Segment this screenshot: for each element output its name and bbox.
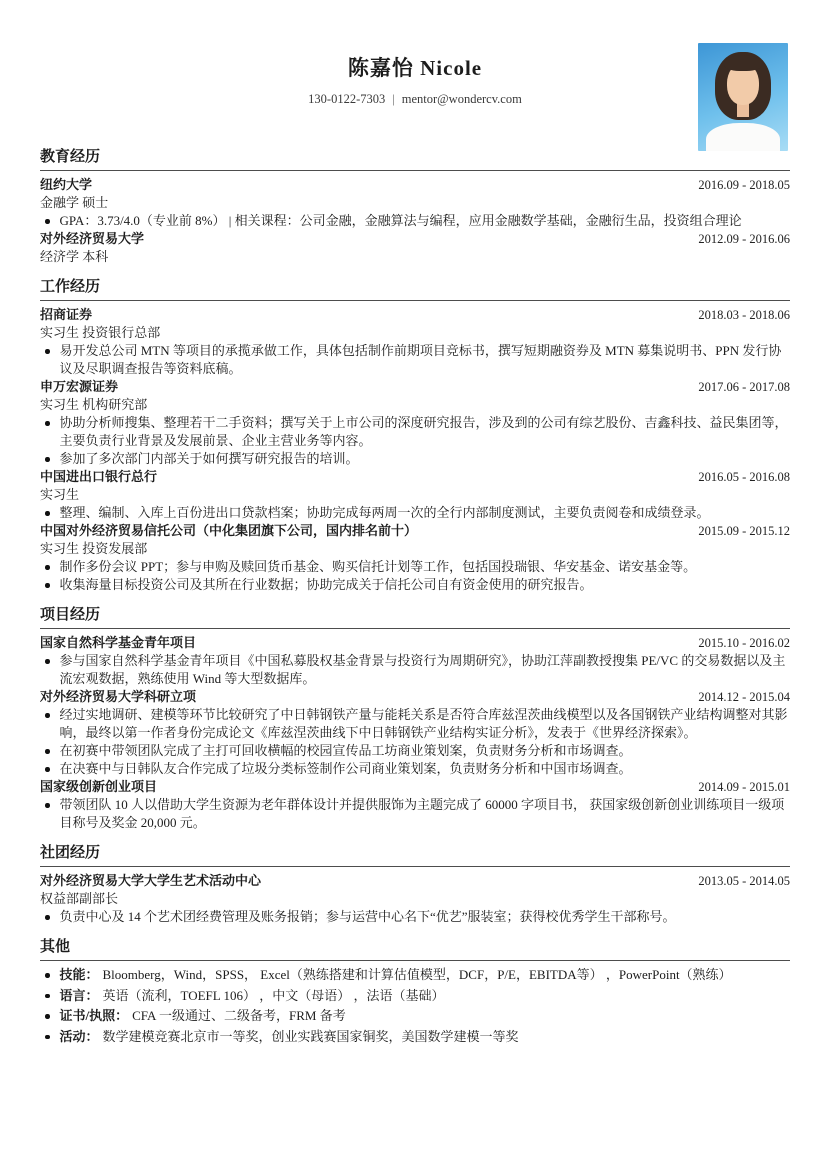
entry-header: 中国对外经济贸易信托公司（中化集团旗下公司，国内排名前十）2015.09 - 2… xyxy=(40,522,790,540)
bullet-body: 带领团队 10 人以借助大学生资源为老年群体设计并提供服饰为主题完成了 6000… xyxy=(60,797,785,830)
entry-date: 2013.05 - 2014.05 xyxy=(698,872,790,890)
bullet-text: GPA：3.73/4.0（专业前 8%） | 相关课程：公司金融，金融算法与编程… xyxy=(60,212,791,230)
resume-entry: 中国进出口银行总行2016.05 - 2016.08实习生整理、编制、入库上百份… xyxy=(40,468,790,522)
resume-entry: 国家自然科学基金青年项目2015.10 - 2016.02参与国家自然科学基金青… xyxy=(40,634,790,688)
resume-entry: 对外经济贸易大学大学生艺术活动中心2013.05 - 2014.05权益部副部长… xyxy=(40,872,790,926)
bullet-item: 带领团队 10 人以借助大学生资源为老年群体设计并提供服饰为主题完成了 6000… xyxy=(40,796,790,832)
entry-title: 招商证券 xyxy=(40,306,92,324)
entry-date: 2015.10 - 2016.02 xyxy=(698,634,790,652)
bullet-dot-icon xyxy=(45,349,50,354)
bullet-item: 语言：英语（流利，TOEFL 106） ，中文（母语） ，法语（基础） xyxy=(40,987,790,1005)
resume-section: 其他技能：Bloomberg，Wind，SPSS， Excel（熟练搭建和计算估… xyxy=(40,937,790,1046)
bullet-item: 在决赛中与日韩队友合作完成了垃圾分类标签制作公司商业策划案，负责财务分析和中国市… xyxy=(40,760,790,778)
bullet-item: 制作多份会议 PPT；参与申购及赎回货币基金、购买信托计划等工作，包括国投瑞银、… xyxy=(40,558,790,576)
bullet-body: 数学建模竞赛北京市一等奖，创业实践赛国家铜奖，美国数学建模一等奖 xyxy=(103,1029,519,1044)
bullet-body: 制作多份会议 PPT；参与申购及赎回货币基金、购买信托计划等工作，包括国投瑞银、… xyxy=(60,559,697,574)
entry-header: 申万宏源证券2017.06 - 2017.08 xyxy=(40,378,790,396)
resume-entry: 对外经济贸易大学科研立项2014.12 - 2015.04经过实地调研、建模等环… xyxy=(40,688,790,778)
entry-date: 2016.09 - 2018.05 xyxy=(698,176,790,194)
bullet-dot-icon xyxy=(45,659,50,664)
bullet-text: 在初赛中带领团队完成了主打可回收横幅的校园宣传品工坊商业策划案，负责财务分析和市… xyxy=(60,742,791,760)
entry-subtitle: 经济学 本科 xyxy=(40,248,790,266)
bullet-label: 技能： xyxy=(60,967,99,982)
bullet-body: CFA 一级通过、二级备考，FRM 备考 xyxy=(132,1008,346,1023)
section-heading: 其他 xyxy=(40,937,790,961)
bullet-dot-icon xyxy=(45,511,50,516)
bullet-body: 英语（流利，TOEFL 106） ，中文（母语） ，法语（基础） xyxy=(103,988,445,1003)
bullet-body: 负责中心及 14 个艺术团经费管理及账务报销；参与运营中心名下“优艺”服装室；获… xyxy=(60,909,676,924)
bullet-body: 协助分析师搜集、整理若干二手资料；撰写关于上市公司的深度研究报告，涉及到的公司有… xyxy=(60,415,788,448)
bullet-label: 证书/执照： xyxy=(60,1008,129,1023)
entry-subtitle: 金融学 硕士 xyxy=(40,194,790,212)
resume-entry: 中国对外经济贸易信托公司（中化集团旗下公司，国内排名前十）2015.09 - 2… xyxy=(40,522,790,594)
bullet-item: 活动：数学建模竞赛北京市一等奖，创业实践赛国家铜奖，美国数学建模一等奖 xyxy=(40,1028,790,1046)
bullet-dot-icon xyxy=(45,421,50,426)
entry-title: 申万宏源证券 xyxy=(40,378,118,396)
entry-date: 2014.09 - 2015.01 xyxy=(698,778,790,796)
resume-section: 项目经历国家自然科学基金青年项目2015.10 - 2016.02参与国家自然科… xyxy=(40,605,790,832)
resume-header: 陈嘉怡 Nicole 130-0122-7303|mentor@wondercv… xyxy=(40,54,790,107)
bullet-text: 参与国家自然科学基金青年项目《中国私募股权基金背景与投资行为周期研究》，协助江萍… xyxy=(60,652,791,688)
resume-sections: 教育经历纽约大学2016.09 - 2018.05金融学 硕士GPA：3.73/… xyxy=(40,147,790,1046)
section-heading: 项目经历 xyxy=(40,605,790,629)
section-heading: 教育经历 xyxy=(40,147,790,171)
resume-entry: 招商证券2018.03 - 2018.06实习生 投资银行总部易开发总公司 MT… xyxy=(40,306,790,378)
bullet-body: 在初赛中带领团队完成了主打可回收横幅的校园宣传品工坊商业策划案，负责财务分析和市… xyxy=(60,743,632,758)
entry-date: 2014.12 - 2015.04 xyxy=(698,688,790,706)
entry-header: 对外经济贸易大学2012.09 - 2016.06 xyxy=(40,230,790,248)
entry-header: 国家级创新创业项目2014.09 - 2015.01 xyxy=(40,778,790,796)
bullet-item: 协助分析师搜集、整理若干二手资料；撰写关于上市公司的深度研究报告，涉及到的公司有… xyxy=(40,414,790,450)
entry-header: 对外经济贸易大学大学生艺术活动中心2013.05 - 2014.05 xyxy=(40,872,790,890)
bullet-dot-icon xyxy=(45,583,50,588)
bullet-label: 活动： xyxy=(60,1029,99,1044)
bullet-text: 在决赛中与日韩队友合作完成了垃圾分类标签制作公司商业策划案，负责财务分析和中国市… xyxy=(60,760,791,778)
bullet-text: 带领团队 10 人以借助大学生资源为老年群体设计并提供服饰为主题完成了 6000… xyxy=(60,796,791,832)
entry-header: 招商证券2018.03 - 2018.06 xyxy=(40,306,790,324)
phone-number: 130-0122-7303 xyxy=(308,92,385,106)
section-heading: 社团经历 xyxy=(40,843,790,867)
entry-date: 2016.05 - 2016.08 xyxy=(698,468,790,486)
resume-entry: 对外经济贸易大学2012.09 - 2016.06经济学 本科 xyxy=(40,230,790,266)
entry-header: 国家自然科学基金青年项目2015.10 - 2016.02 xyxy=(40,634,790,652)
bullet-body: 收集海量目标投资公司及其所在行业数据；协助完成关于信托公司自有资金使用的研究报告… xyxy=(60,577,593,592)
bullet-text: 协助分析师搜集、整理若干二手资料；撰写关于上市公司的深度研究报告，涉及到的公司有… xyxy=(60,414,791,450)
bullet-item: 经过实地调研、建模等环节比较研究了中日韩钢铁产量与能耗关系是否符合库兹涅茨曲线模… xyxy=(40,706,790,742)
email-address: mentor@wondercv.com xyxy=(402,92,522,106)
bullet-item: 在初赛中带领团队完成了主打可回收横幅的校园宣传品工坊商业策划案，负责财务分析和市… xyxy=(40,742,790,760)
bullet-item: 参加了多次部门内部关于如何撰写研究报告的培训。 xyxy=(40,450,790,468)
resume-entry: 技能：Bloomberg，Wind，SPSS， Excel（熟练搭建和计算估值模… xyxy=(40,966,790,1046)
bullet-text: 证书/执照：CFA 一级通过、二级备考，FRM 备考 xyxy=(60,1007,791,1025)
resume-section: 工作经历招商证券2018.03 - 2018.06实习生 投资银行总部易开发总公… xyxy=(40,277,790,594)
entry-title: 中国对外经济贸易信托公司（中化集团旗下公司，国内排名前十） xyxy=(40,522,417,540)
bullet-item: 收集海量目标投资公司及其所在行业数据；协助完成关于信托公司自有资金使用的研究报告… xyxy=(40,576,790,594)
entry-title: 中国进出口银行总行 xyxy=(40,468,157,486)
bullet-body: 在决赛中与日韩队友合作完成了垃圾分类标签制作公司商业策划案，负责财务分析和中国市… xyxy=(60,761,632,776)
contact-separator: | xyxy=(392,92,395,106)
section-heading: 工作经历 xyxy=(40,277,790,301)
bullet-text: 活动：数学建模竞赛北京市一等奖，创业实践赛国家铜奖，美国数学建模一等奖 xyxy=(60,1028,791,1046)
bullet-body: 易开发总公司 MTN 等项目的承揽承做工作，具体包括制作前期项目竞标书，撰写短期… xyxy=(60,343,782,376)
bullet-text: 参加了多次部门内部关于如何撰写研究报告的培训。 xyxy=(60,450,791,468)
bullet-dot-icon xyxy=(45,803,50,808)
entry-title: 对外经济贸易大学大学生艺术活动中心 xyxy=(40,872,261,890)
entry-header: 中国进出口银行总行2016.05 - 2016.08 xyxy=(40,468,790,486)
entry-subtitle: 实习生 投资发展部 xyxy=(40,540,790,558)
contact-line: 130-0122-7303|mentor@wondercv.com xyxy=(40,91,790,107)
bullet-dot-icon xyxy=(45,565,50,570)
bullet-body: Bloomberg，Wind，SPSS， Excel（熟练搭建和计算估值模型，D… xyxy=(103,967,732,982)
bullet-dot-icon xyxy=(45,973,50,978)
bullet-text: 收集海量目标投资公司及其所在行业数据；协助完成关于信托公司自有资金使用的研究报告… xyxy=(60,576,791,594)
entry-subtitle: 权益部副部长 xyxy=(40,890,790,908)
bullet-item: GPA：3.73/4.0（专业前 8%） | 相关课程：公司金融，金融算法与编程… xyxy=(40,212,790,230)
resume-section: 社团经历对外经济贸易大学大学生艺术活动中心2013.05 - 2014.05权益… xyxy=(40,843,790,926)
bullet-dot-icon xyxy=(45,1035,50,1040)
bullet-text: 语言：英语（流利，TOEFL 106） ，中文（母语） ，法语（基础） xyxy=(60,987,791,1005)
entry-subtitle: 实习生 xyxy=(40,486,790,504)
entry-date: 2012.09 - 2016.06 xyxy=(698,230,790,248)
bullet-item: 易开发总公司 MTN 等项目的承揽承做工作，具体包括制作前期项目竞标书，撰写短期… xyxy=(40,342,790,378)
entry-subtitle: 实习生 机构研究部 xyxy=(40,396,790,414)
entry-title: 国家级创新创业项目 xyxy=(40,778,157,796)
bullet-text: 制作多份会议 PPT；参与申购及赎回货币基金、购买信托计划等工作，包括国投瑞银、… xyxy=(60,558,791,576)
bullet-label: 语言： xyxy=(60,988,99,1003)
resume-entry: 国家级创新创业项目2014.09 - 2015.01带领团队 10 人以借助大学… xyxy=(40,778,790,832)
bullet-dot-icon xyxy=(45,915,50,920)
entry-title: 对外经济贸易大学科研立项 xyxy=(40,688,196,706)
candidate-name: 陈嘉怡 Nicole xyxy=(40,54,790,82)
entry-title: 国家自然科学基金青年项目 xyxy=(40,634,196,652)
bullet-dot-icon xyxy=(45,219,50,224)
entry-date: 2018.03 - 2018.06 xyxy=(698,306,790,324)
resume-section: 教育经历纽约大学2016.09 - 2018.05金融学 硕士GPA：3.73/… xyxy=(40,147,790,266)
entry-title: 对外经济贸易大学 xyxy=(40,230,144,248)
bullet-body: 经过实地调研、建模等环节比较研究了中日韩钢铁产量与能耗关系是否符合库兹涅茨曲线模… xyxy=(60,707,788,740)
bullet-body: GPA：3.73/4.0（专业前 8%） | 相关课程：公司金融，金融算法与编程… xyxy=(60,213,742,228)
bullet-dot-icon xyxy=(45,713,50,718)
bullet-dot-icon xyxy=(45,994,50,999)
photo-fringe xyxy=(724,55,762,71)
bullet-body: 参与国家自然科学基金青年项目《中国私募股权基金背景与投资行为周期研究》，协助江萍… xyxy=(60,653,786,686)
bullet-dot-icon xyxy=(45,749,50,754)
bullet-text: 负责中心及 14 个艺术团经费管理及账务报销；参与运营中心名下“优艺”服装室；获… xyxy=(60,908,791,926)
entry-subtitle: 实习生 投资银行总部 xyxy=(40,324,790,342)
entry-header: 纽约大学2016.09 - 2018.05 xyxy=(40,176,790,194)
bullet-dot-icon xyxy=(45,1014,50,1019)
resume-entry: 纽约大学2016.09 - 2018.05金融学 硕士GPA：3.73/4.0（… xyxy=(40,176,790,230)
bullet-text: 整理、编制、入库上百份进出口贷款档案；协助完成每两周一次的全行内部制度测试，主要… xyxy=(60,504,791,522)
entry-header: 对外经济贸易大学科研立项2014.12 - 2015.04 xyxy=(40,688,790,706)
bullet-body: 参加了多次部门内部关于如何撰写研究报告的培训。 xyxy=(60,451,359,466)
bullet-dot-icon xyxy=(45,767,50,772)
entry-date: 2015.09 - 2015.12 xyxy=(698,522,790,540)
resume-page: 陈嘉怡 Nicole 130-0122-7303|mentor@wondercv… xyxy=(0,0,826,1169)
bullet-item: 证书/执照：CFA 一级通过、二级备考，FRM 备考 xyxy=(40,1007,790,1025)
bullet-text: 技能：Bloomberg，Wind，SPSS， Excel（熟练搭建和计算估值模… xyxy=(60,966,791,984)
bullet-text: 经过实地调研、建模等环节比较研究了中日韩钢铁产量与能耗关系是否符合库兹涅茨曲线模… xyxy=(60,706,791,742)
resume-entry: 申万宏源证券2017.06 - 2017.08实习生 机构研究部协助分析师搜集、… xyxy=(40,378,790,468)
photo-shirt xyxy=(706,123,780,151)
bullet-item: 技能：Bloomberg，Wind，SPSS， Excel（熟练搭建和计算估值模… xyxy=(40,966,790,984)
bullet-body: 整理、编制、入库上百份进出口贷款档案；协助完成每两周一次的全行内部制度测试，主要… xyxy=(60,505,710,520)
portrait-photo xyxy=(698,43,788,151)
bullet-text: 易开发总公司 MTN 等项目的承揽承做工作，具体包括制作前期项目竞标书，撰写短期… xyxy=(60,342,791,378)
bullet-item: 整理、编制、入库上百份进出口贷款档案；协助完成每两周一次的全行内部制度测试，主要… xyxy=(40,504,790,522)
entry-date: 2017.06 - 2017.08 xyxy=(698,378,790,396)
bullet-dot-icon xyxy=(45,457,50,462)
bullet-item: 负责中心及 14 个艺术团经费管理及账务报销；参与运营中心名下“优艺”服装室；获… xyxy=(40,908,790,926)
bullet-item: 参与国家自然科学基金青年项目《中国私募股权基金背景与投资行为周期研究》，协助江萍… xyxy=(40,652,790,688)
entry-title: 纽约大学 xyxy=(40,176,92,194)
